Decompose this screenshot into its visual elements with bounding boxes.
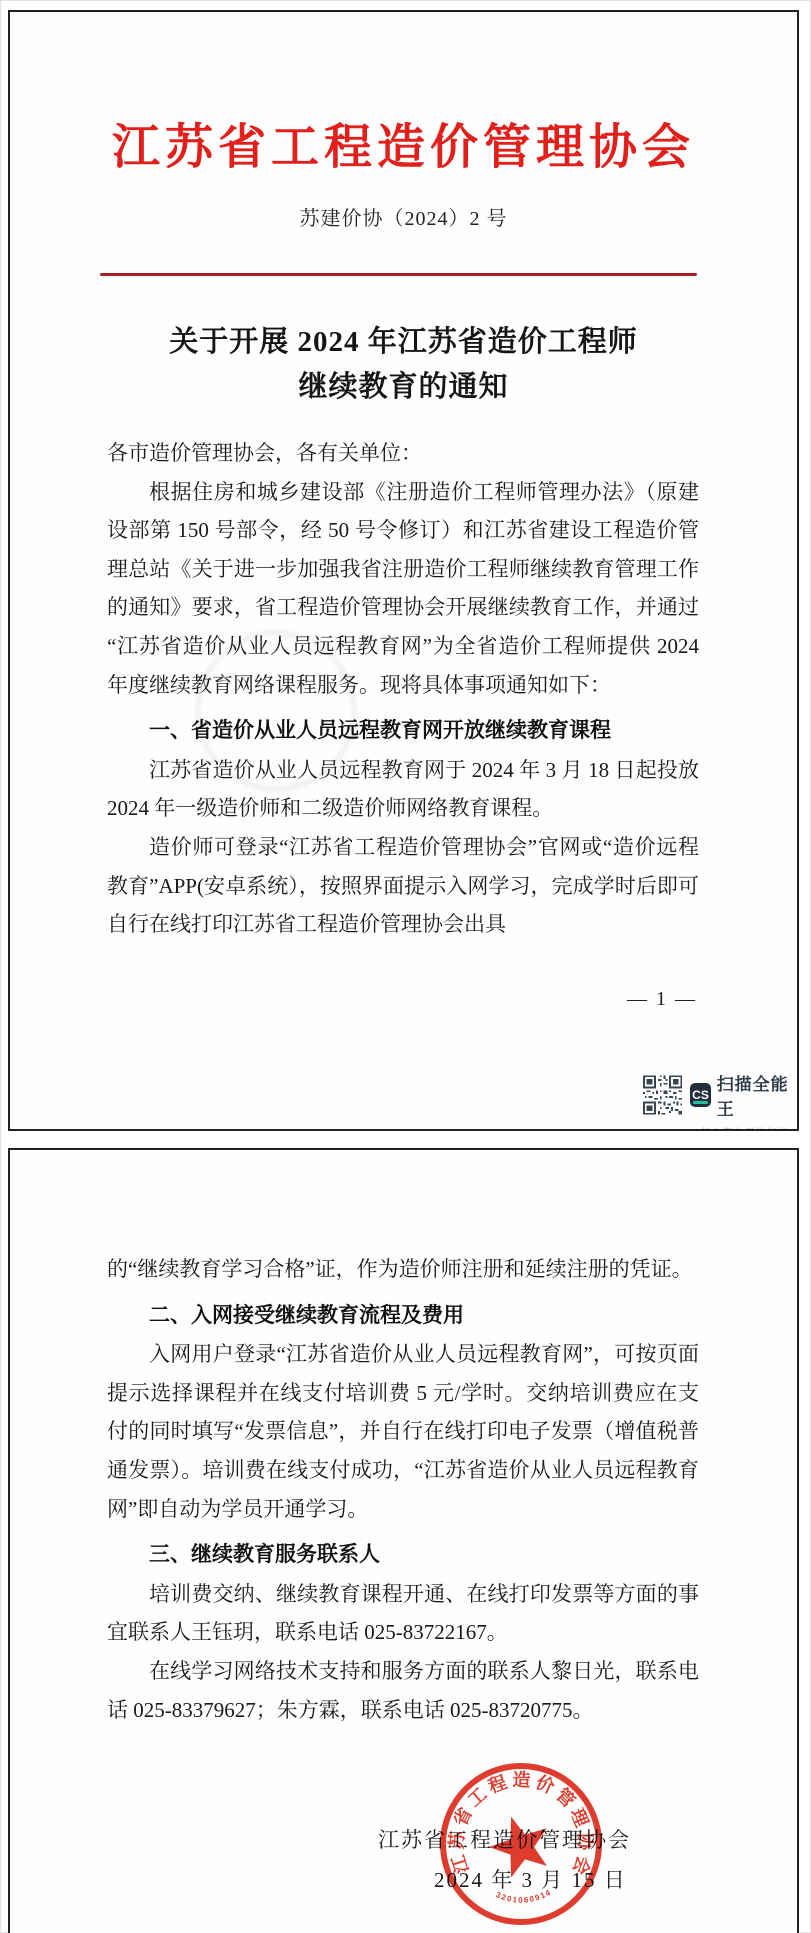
paragraph: 培训费交纳、继续教育课程开通、在线打印发票等方面的事宜联系人王钰玥，联系电话 0… xyxy=(107,1575,699,1652)
page-number: — 1 — xyxy=(627,988,697,1011)
official-red-seal: 江苏省工程造价管理协会 320106091464 xyxy=(436,1759,606,1929)
paragraph: 根据住房和城乡建设部《注册造价工程师管理办法》（原建设部第 150 号部令，经 … xyxy=(107,473,699,705)
doc-title-line1: 关于开展 2024 年江苏省造价工程师 xyxy=(10,320,797,365)
qr-code-icon xyxy=(643,1072,682,1118)
camscanner-watermark: CS 扫描全能王 3 亿人都在用的扫描App xyxy=(643,1070,793,1122)
seal-star-icon xyxy=(482,1807,558,1881)
doc-title: 关于开展 2024 年江苏省造价工程师 继续教育的通知 xyxy=(10,320,797,410)
page1-body: 各市造价管理协会，各有关单位： 根据住房和城乡建设部《注册造价工程师管理办法》（… xyxy=(107,434,699,944)
camscanner-tagline: 3 亿人都在用的扫描App xyxy=(690,1124,793,1131)
scanned-page-2: 的“继续教育学习合格”证，作为造价师注册和延续注册的凭证。 二、入网接受继续教育… xyxy=(8,1148,799,1933)
camscanner-logo-icon: CS xyxy=(690,1083,710,1107)
paragraph: 在线学习网络技术支持和服务方面的联系人黎日光，联系电话 025-83379627… xyxy=(107,1652,699,1729)
red-divider-rule xyxy=(100,273,697,276)
section-heading-1: 一、省造价从业人员远程教育网开放继续教育课程 xyxy=(107,712,699,751)
doc-number: 苏建价协（2024）2 号 xyxy=(10,202,797,231)
camscanner-app-name: 扫描全能王 xyxy=(717,1070,793,1120)
page2-body: 的“继续教育学习合格”证，作为造价师注册和延续注册的凭证。 二、入网接受继续教育… xyxy=(107,1250,699,1729)
section-heading-2: 二、入网接受继续教育流程及费用 xyxy=(107,1297,699,1336)
org-title: 江苏省工程造价管理协会 xyxy=(10,108,797,177)
doc-title-line2: 继续教育的通知 xyxy=(10,365,797,410)
paragraph: 造价师可登录“江苏省工程造价管理协会”官网或“造价远程教育”APP(安卓系统），… xyxy=(107,828,699,944)
salutation: 各市造价管理协会，各有关单位： xyxy=(107,434,699,473)
section-heading-3: 三、继续教育服务联系人 xyxy=(107,1536,699,1575)
paragraph: 江苏省造价从业人员远程教育网于 2024 年 3 月 18 日起投放 2024 … xyxy=(107,751,699,828)
paragraph: 入网用户登录“江苏省造价从业人员远程教育网”，可按页面提示选择课程并在线支付培训… xyxy=(107,1335,699,1528)
scanned-page-1: 江苏省工程造价管理协会 苏建价协（2024）2 号 关于开展 2024 年江苏省… xyxy=(8,10,799,1131)
paragraph-continued: 的“继续教育学习合格”证，作为造价师注册和延续注册的凭证。 xyxy=(107,1250,699,1289)
